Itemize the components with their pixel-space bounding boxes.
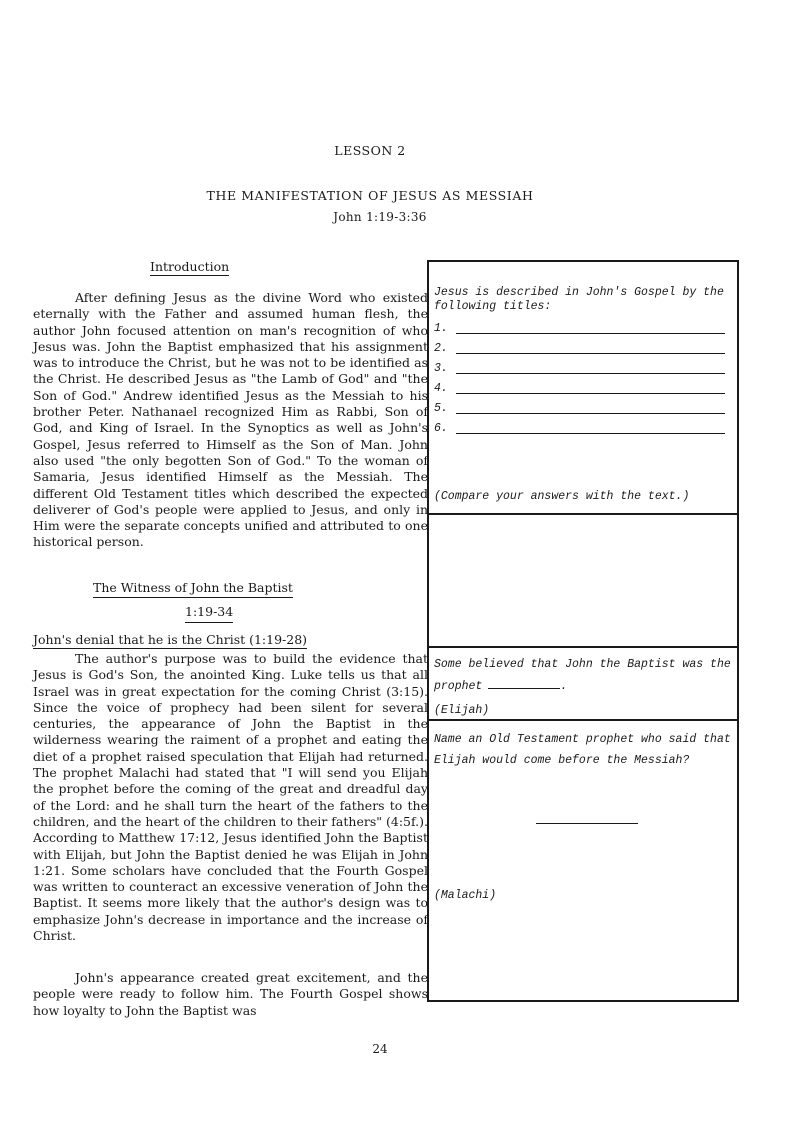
witness-section-heading: The Witness of John the Baptist 1:19-34: [33, 580, 428, 623]
prophet-exercise: Some believed that John the Baptist was …: [429, 646, 737, 719]
denial-subheading: John's denial that he is the Christ (1:1…: [33, 632, 428, 648]
answer-blank[interactable]: [456, 353, 725, 354]
page-number: 24: [0, 1042, 760, 1056]
witness-heading-reference: 1:19-34: [185, 604, 233, 622]
witness-heading-text: The Witness of John the Baptist: [93, 580, 293, 598]
malachi-prompt: Name an Old Testament prophet who said t…: [434, 729, 731, 771]
titles-answer-note: (Compare your answers with the text.): [434, 490, 731, 504]
item-number: 5.: [434, 402, 448, 415]
item-number: 1.: [434, 322, 448, 335]
answer-blank[interactable]: [456, 433, 725, 434]
lesson-title: THE MANIFESTATION OF JESUS AS MESSIAH: [0, 188, 740, 203]
item-number: 4.: [434, 382, 448, 395]
excitement-paragraph: John's appearance created great exciteme…: [33, 970, 428, 1019]
titles-exercise: Jesus is described in John's Gospel by t…: [429, 262, 737, 513]
denial-subheading-text: John's denial that he is the Christ (1:1…: [33, 632, 307, 649]
prophet-prompt-text: Some believed that John the Baptist was …: [434, 658, 731, 693]
item-number: 2.: [434, 342, 448, 355]
title-answer-line[interactable]: 4.: [434, 382, 725, 402]
introduction-heading: Introduction: [33, 259, 428, 275]
titles-prompt: Jesus is described in John's Gospel by t…: [434, 286, 731, 314]
study-sidebar: Jesus is described in John's Gospel by t…: [427, 260, 739, 1002]
answer-blank[interactable]: [456, 333, 725, 334]
malachi-exercise: Name an Old Testament prophet who said t…: [429, 719, 737, 1000]
answer-blank[interactable]: [456, 393, 725, 394]
title-answer-line[interactable]: 6.: [434, 422, 725, 442]
scripture-reference: John 1:19-3:36: [0, 210, 760, 224]
lesson-label: LESSON 2: [0, 143, 740, 158]
answer-blank[interactable]: [456, 413, 725, 414]
title-answer-line[interactable]: 5.: [434, 402, 725, 422]
prophet-prompt-period: .: [560, 680, 567, 693]
introduction-paragraph: After defining Jesus as the divine Word …: [33, 290, 428, 551]
blank-panel: [429, 513, 737, 646]
denial-paragraph: The author's purpose was to build the ev…: [33, 651, 428, 944]
malachi-answer: (Malachi): [434, 889, 731, 903]
item-number: 6.: [434, 422, 448, 435]
item-number: 3.: [434, 362, 448, 375]
title-answer-line[interactable]: 1.: [434, 322, 725, 342]
title-answer-line[interactable]: 3.: [434, 362, 725, 382]
malachi-answer-blank[interactable]: [536, 823, 638, 824]
prophet-prompt: Some believed that John the Baptist was …: [434, 654, 731, 698]
prophet-answer-blank[interactable]: [488, 679, 560, 689]
introduction-heading-text: Introduction: [150, 259, 229, 276]
prophet-answer: (Elijah): [434, 704, 731, 718]
answer-blank[interactable]: [456, 373, 725, 374]
title-answer-line[interactable]: 2.: [434, 342, 725, 362]
